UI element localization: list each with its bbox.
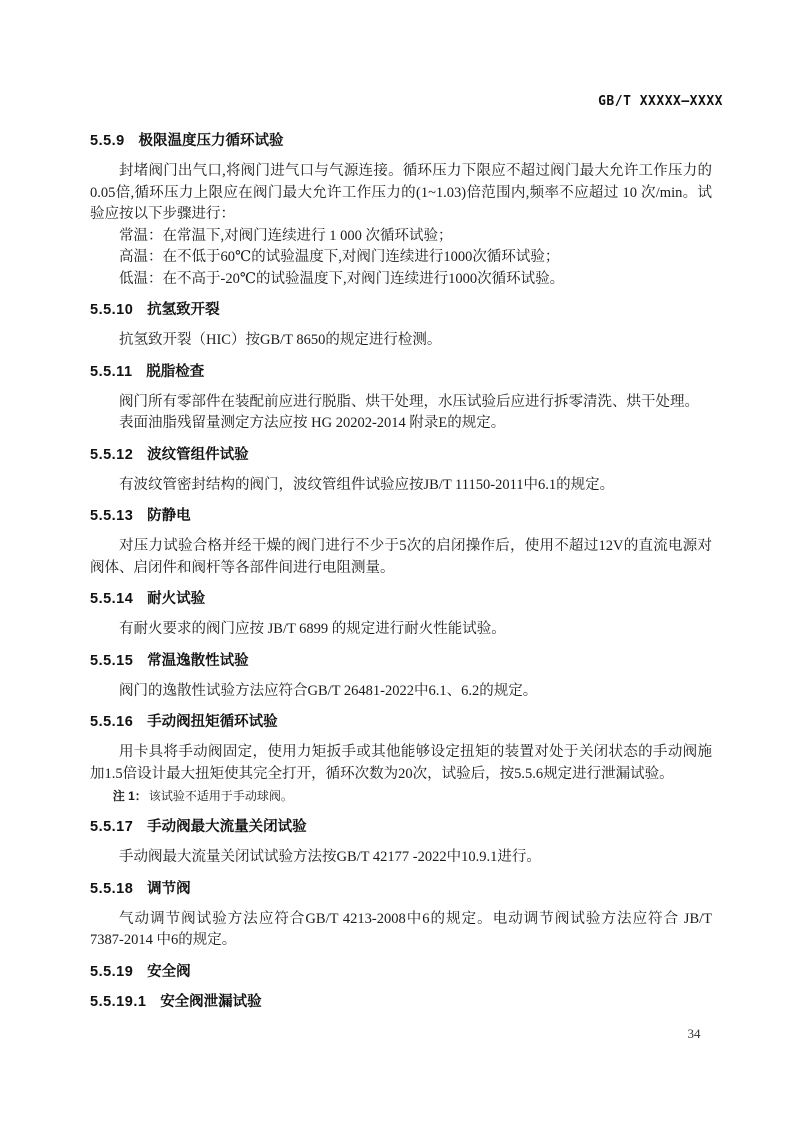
paragraph: 气动调节阀试验方法应符合GB/T 4213-2008中6的规定。电动调节阀试验方… xyxy=(90,909,712,952)
section-heading: 5.5.12波纹管组件试验 xyxy=(90,445,712,465)
paragraph: 有耐火要求的阀门应按 JB/T 6899 的规定进行耐火性能试验。 xyxy=(90,619,712,641)
page-number: 34 xyxy=(680,1026,708,1042)
section-heading: 5.5.11脱脂检查 xyxy=(90,362,712,382)
section-number: 5.5.19.1 xyxy=(90,994,146,1010)
header-doc-code: GB/T XXXXX—XXXX xyxy=(598,94,723,109)
section: 5.5.17手动阀最大流量关闭试验手动阀最大流量关闭试试验方法按GB/T 421… xyxy=(90,817,712,869)
section-heading: 5.5.14耐火试验 xyxy=(90,589,712,609)
step-line: 高温：在不低于60℃的试验温度下,对阀门连续进行1000次循环试验； xyxy=(90,247,712,269)
section: 5.5.18调节阀气动调节阀试验方法应符合GB/T 4213-2008中6的规定… xyxy=(90,879,712,952)
section-title: 抗氢致开裂 xyxy=(147,302,220,318)
section-number: 5.5.10 xyxy=(90,302,133,318)
step-line: 常温：在常温下,对阀门连续进行 1 000 次循环试验； xyxy=(90,226,712,248)
section-number: 5.5.19 xyxy=(90,964,133,980)
paragraph: 有波纹管密封结构的阀门，波纹管组件试验应按JB/T 11150-2011中6.1… xyxy=(90,475,712,497)
section-number: 5.5.18 xyxy=(90,881,133,897)
section-title: 常温逸散性试验 xyxy=(147,653,249,669)
section-heading: 5.5.10抗氢致开裂 xyxy=(90,300,712,320)
section-heading: 5.5.13防静电 xyxy=(90,506,712,526)
section-title: 调节阀 xyxy=(147,881,191,897)
section-title: 安全阀 xyxy=(147,964,191,980)
section-title: 手动阀最大流量关闭试验 xyxy=(147,819,307,835)
section-number: 5.5.9 xyxy=(90,133,125,149)
paragraph: 表面油脂残留量测定方法应按 HG 20202-2014 附录E的规定。 xyxy=(90,413,712,435)
paragraph: 抗氢致开裂（HIC）按GB/T 8650的规定进行检测。 xyxy=(90,330,712,352)
section-title: 波纹管组件试验 xyxy=(147,447,249,463)
paragraph: 对压力试验合格并经干燥的阀门进行不少于5次的启闭操作后，使用不超过12V的直流电… xyxy=(90,536,712,579)
section-heading: 5.5.15常温逸散性试验 xyxy=(90,651,712,671)
document-content: 5.5.9极限温度压力循环试验封堵阀门出气口,将阀门进气口与气源连接。循环压力下… xyxy=(90,121,712,1022)
section-title: 手动阀扭矩循环试验 xyxy=(147,714,278,730)
section: 5.5.16手动阀扭矩循环试验用卡具将手动阀固定，使用力矩扳手或其他能够设定扭矩… xyxy=(90,712,712,807)
section-number: 5.5.12 xyxy=(90,447,133,463)
section: 5.5.13防静电对压力试验合格并经干燥的阀门进行不少于5次的启闭操作后，使用不… xyxy=(90,506,712,579)
paragraph: 阀门的逸散性试验方法应符合GB/T 26481-2022中6.1、6.2的规定。 xyxy=(90,681,712,703)
section-heading: 5.5.16手动阀扭矩循环试验 xyxy=(90,712,712,732)
section-title: 脱脂检查 xyxy=(146,364,204,380)
paragraph: 手动阀最大流量关闭试试验方法按GB/T 42177 -2022中10.9.1进行… xyxy=(90,847,712,869)
document-page: GB/T XXXXX—XXXX 5.5.9极限温度压力循环试验封堵阀门出气口,将… xyxy=(0,0,794,1123)
section-heading: 5.5.9极限温度压力循环试验 xyxy=(90,131,712,151)
section-number: 5.5.11 xyxy=(90,364,133,380)
section: 5.5.11脱脂检查阀门所有零部件在装配前应进行脱脂、烘干处理，水压试验后应进行… xyxy=(90,362,712,435)
section: 5.5.10抗氢致开裂抗氢致开裂（HIC）按GB/T 8650的规定进行检测。 xyxy=(90,300,712,352)
step-line: 低温：在不高于-20℃的试验温度下,对阀门连续进行1000次循环试验。 xyxy=(90,269,712,291)
section: 5.5.19.1安全阀泄漏试验 xyxy=(90,992,712,1012)
section-title: 极限温度压力循环试验 xyxy=(139,133,284,149)
section-number: 5.5.14 xyxy=(90,591,133,607)
note-line: 注 1：该试验不适用于手动球阀。 xyxy=(113,785,712,807)
section: 5.5.14耐火试验有耐火要求的阀门应按 JB/T 6899 的规定进行耐火性能… xyxy=(90,589,712,641)
section-heading: 5.5.19安全阀 xyxy=(90,962,712,982)
section: 5.5.19安全阀 xyxy=(90,962,712,982)
section-number: 5.5.17 xyxy=(90,819,133,835)
section-number: 5.5.13 xyxy=(90,508,133,524)
note-text: 该试验不适用于手动球阀。 xyxy=(149,789,293,803)
paragraph: 用卡具将手动阀固定，使用力矩扳手或其他能够设定扭矩的装置对处于关闭状态的手动阀施… xyxy=(90,742,712,785)
section-number: 5.5.16 xyxy=(90,714,133,730)
section-title: 防静电 xyxy=(147,508,191,524)
note-label: 注 1： xyxy=(113,789,147,803)
section: 5.5.12波纹管组件试验有波纹管密封结构的阀门，波纹管组件试验应按JB/T 1… xyxy=(90,445,712,497)
section-number: 5.5.15 xyxy=(90,653,133,669)
section: 5.5.9极限温度压力循环试验封堵阀门出气口,将阀门进气口与气源连接。循环压力下… xyxy=(90,131,712,290)
paragraph: 阀门所有零部件在装配前应进行脱脂、烘干处理，水压试验后应进行拆零清洗、烘干处理。 xyxy=(90,392,712,414)
paragraph: 封堵阀门出气口,将阀门进气口与气源连接。循环压力下限应不超过阀门最大允许工作压力… xyxy=(90,161,712,226)
section-heading: 5.5.18调节阀 xyxy=(90,879,712,899)
section-title: 安全阀泄漏试验 xyxy=(160,994,262,1010)
section-heading: 5.5.17手动阀最大流量关闭试验 xyxy=(90,817,712,837)
section-title: 耐火试验 xyxy=(147,591,205,607)
section: 5.5.15常温逸散性试验阀门的逸散性试验方法应符合GB/T 26481-202… xyxy=(90,651,712,703)
section-heading: 5.5.19.1安全阀泄漏试验 xyxy=(90,992,712,1012)
